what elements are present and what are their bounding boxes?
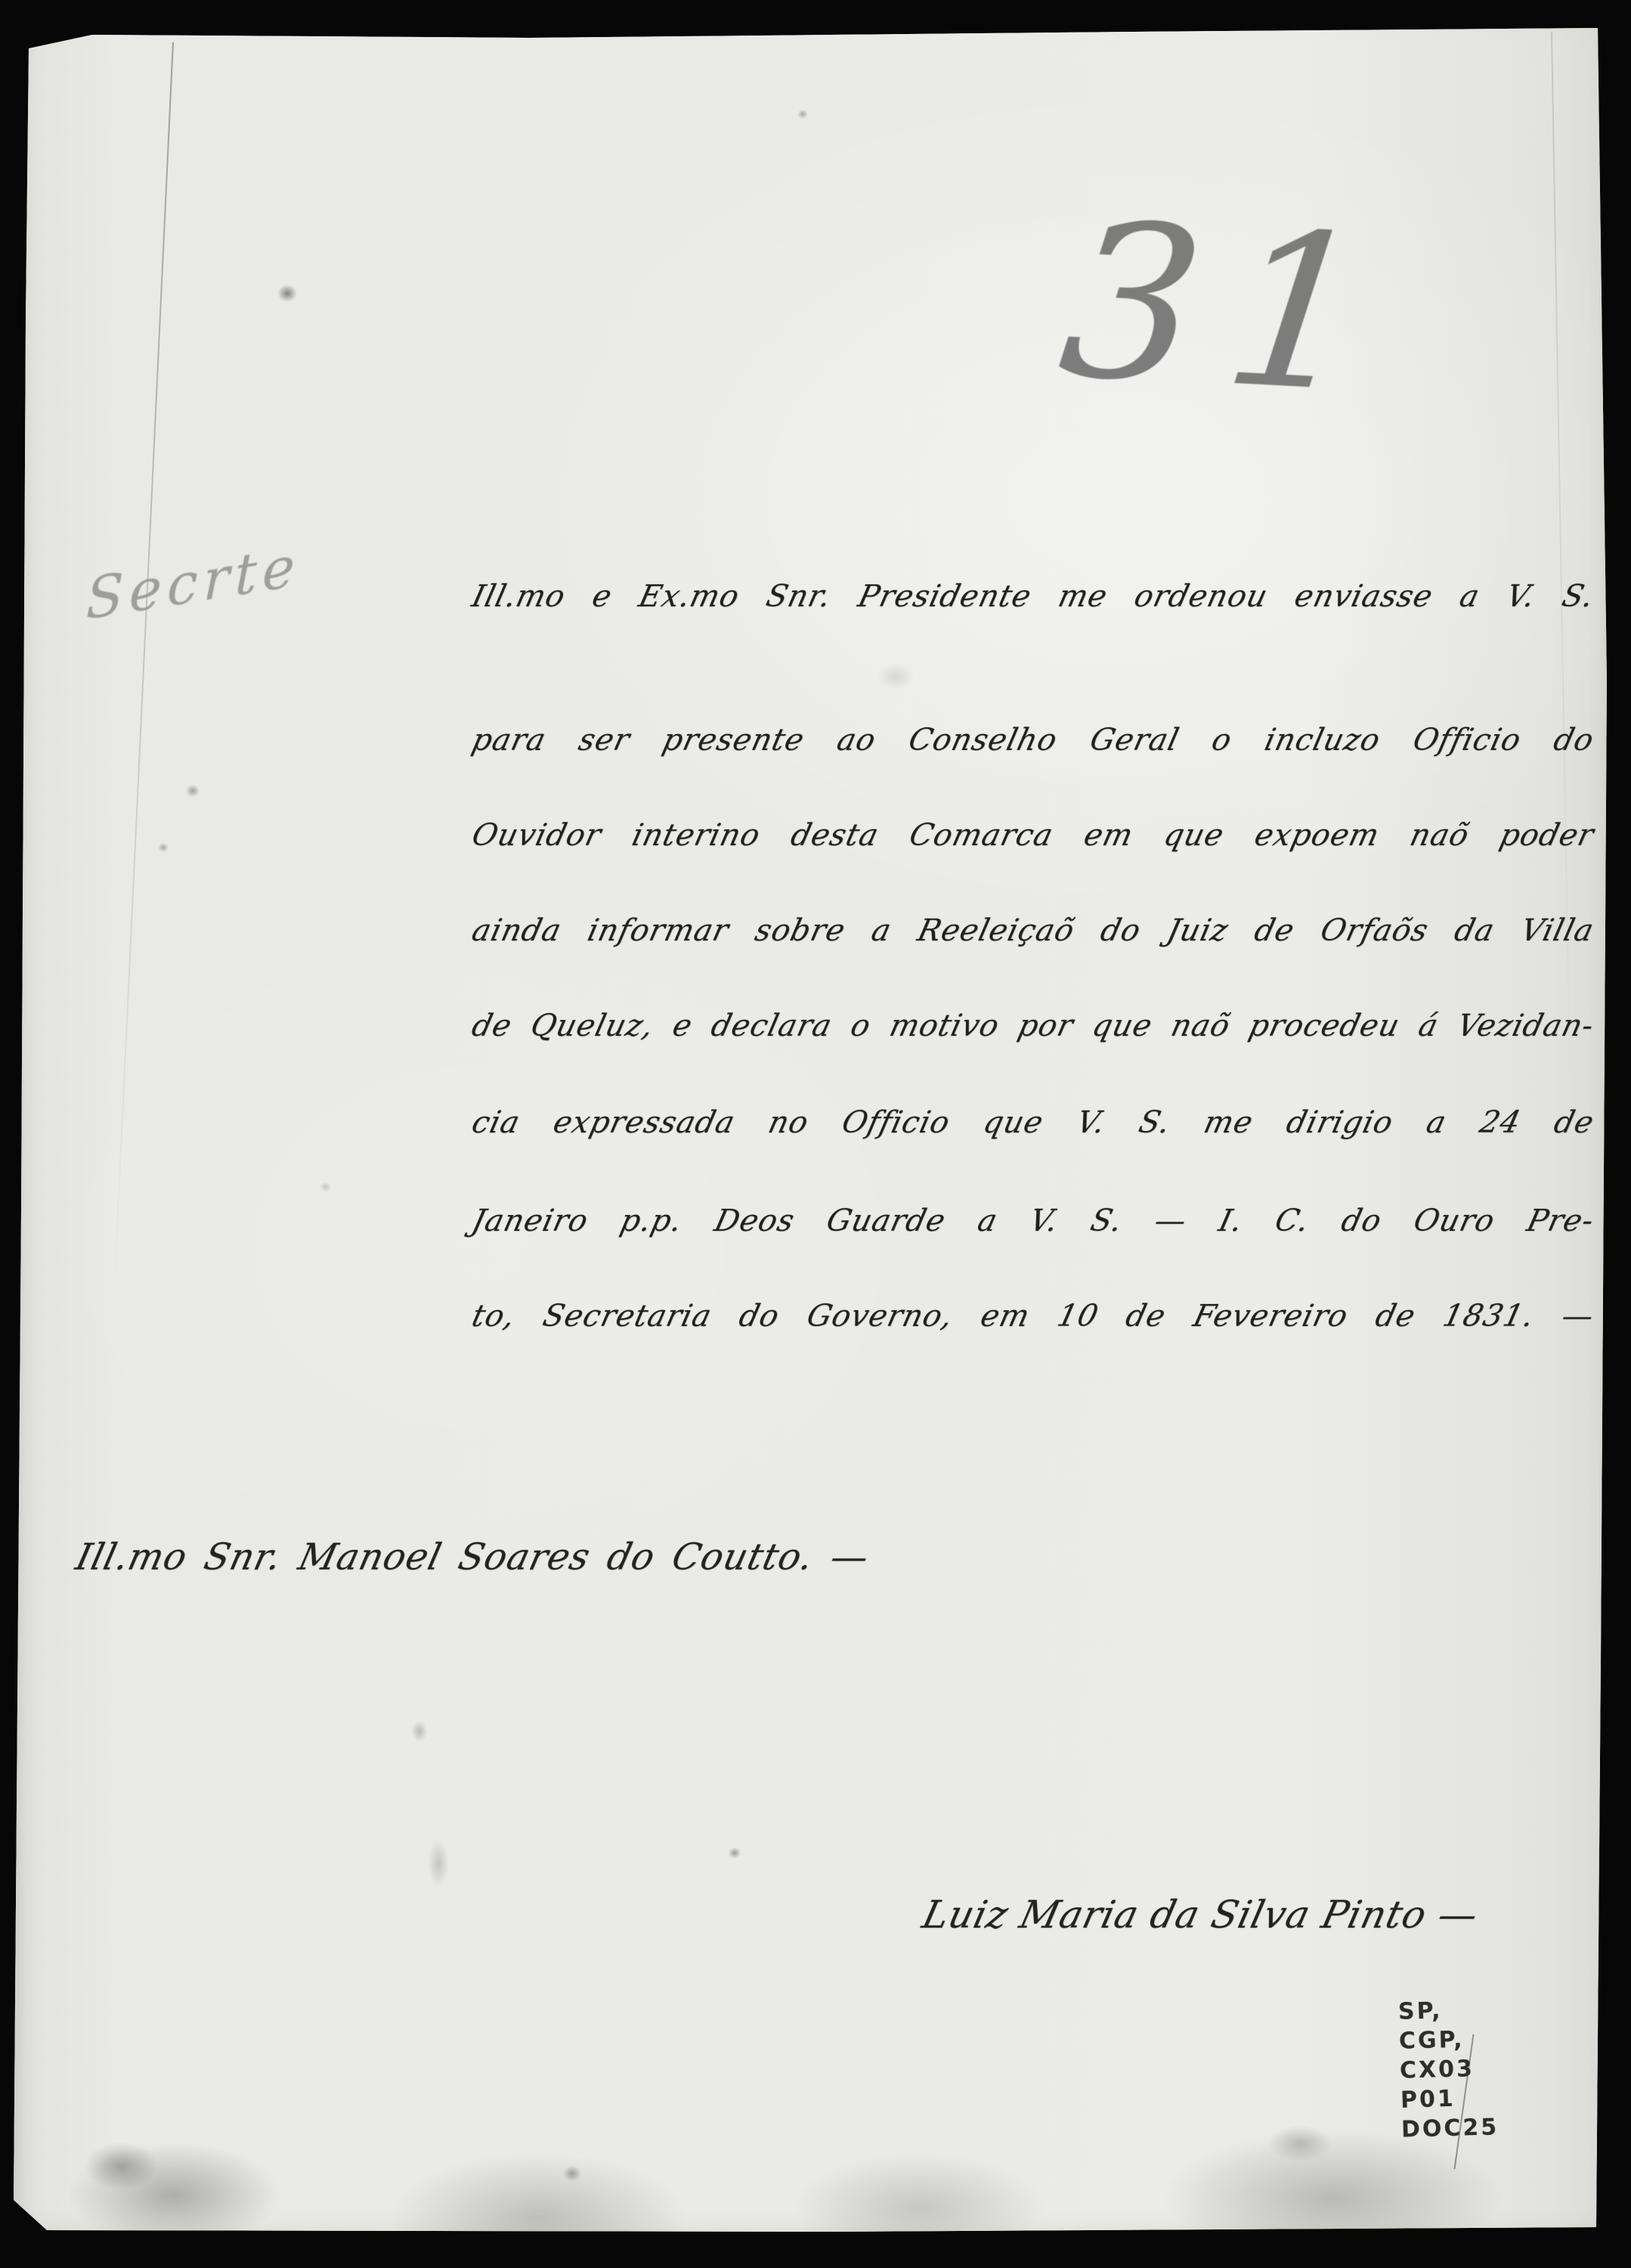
archival-reference-line: P01 [1400,2083,1499,2115]
stain [274,281,301,305]
body-line: de Queluz, e declara o motivo por que na… [469,1009,1598,1043]
stain [317,1179,334,1194]
archival-reference-line: SP, [1397,1994,1496,2026]
stain [156,841,171,854]
addressee-line: Ill.mo Snr. Manoel Soares do Coutto. — [72,1536,873,1579]
body-line: to, Secretaria do Governo, em 10 de Feve… [469,1299,1598,1334]
bottom-edge-staining [15,2102,1602,2253]
body-line: Janeiro p.p. Deos Guarde a V. S. — I. C.… [469,1204,1598,1238]
signature: Luiz Maria da Silva Pinto — [918,1893,1482,1937]
archival-reference-line: CGP, [1398,2024,1496,2056]
paper-sheet: 31 Secrte Ill.mo e Ex.mo Snr. Presidente… [0,0,1631,2268]
paper-crease-left [113,42,174,1296]
body-line: ainda informar sobre a Reeleiçaõ do Juiz… [469,913,1598,948]
archival-reference: SP, CGP, CX03 P01 DOC25 [1397,1994,1499,2144]
stain [408,1716,431,1746]
stain [795,107,810,121]
body-line: Ill.mo e Ex.mo Snr. Presidente me ordeno… [469,579,1598,614]
page-number-pencil: 31 [1051,194,1406,423]
body-line: cia expressada no Officio que V. S. me d… [469,1105,1598,1140]
body-line: para ser presente ao Conselho Geral o in… [469,723,1598,758]
archival-reference-line: DOC25 [1401,2112,1499,2144]
archival-reference-line: CX03 [1400,2053,1498,2085]
body-line: Ouvidor interino desta Comarca em que ex… [469,818,1598,853]
stain [726,1845,744,1861]
stain [183,782,203,800]
margin-note-pencil: Secrte [85,533,301,633]
scanned-manuscript-page: 31 Secrte Ill.mo e Ex.mo Snr. Presidente… [0,0,1631,2268]
stain [423,1830,453,1898]
letter-body: Ill.mo e Ex.mo Snr. Presidente me ordeno… [469,579,1595,1426]
